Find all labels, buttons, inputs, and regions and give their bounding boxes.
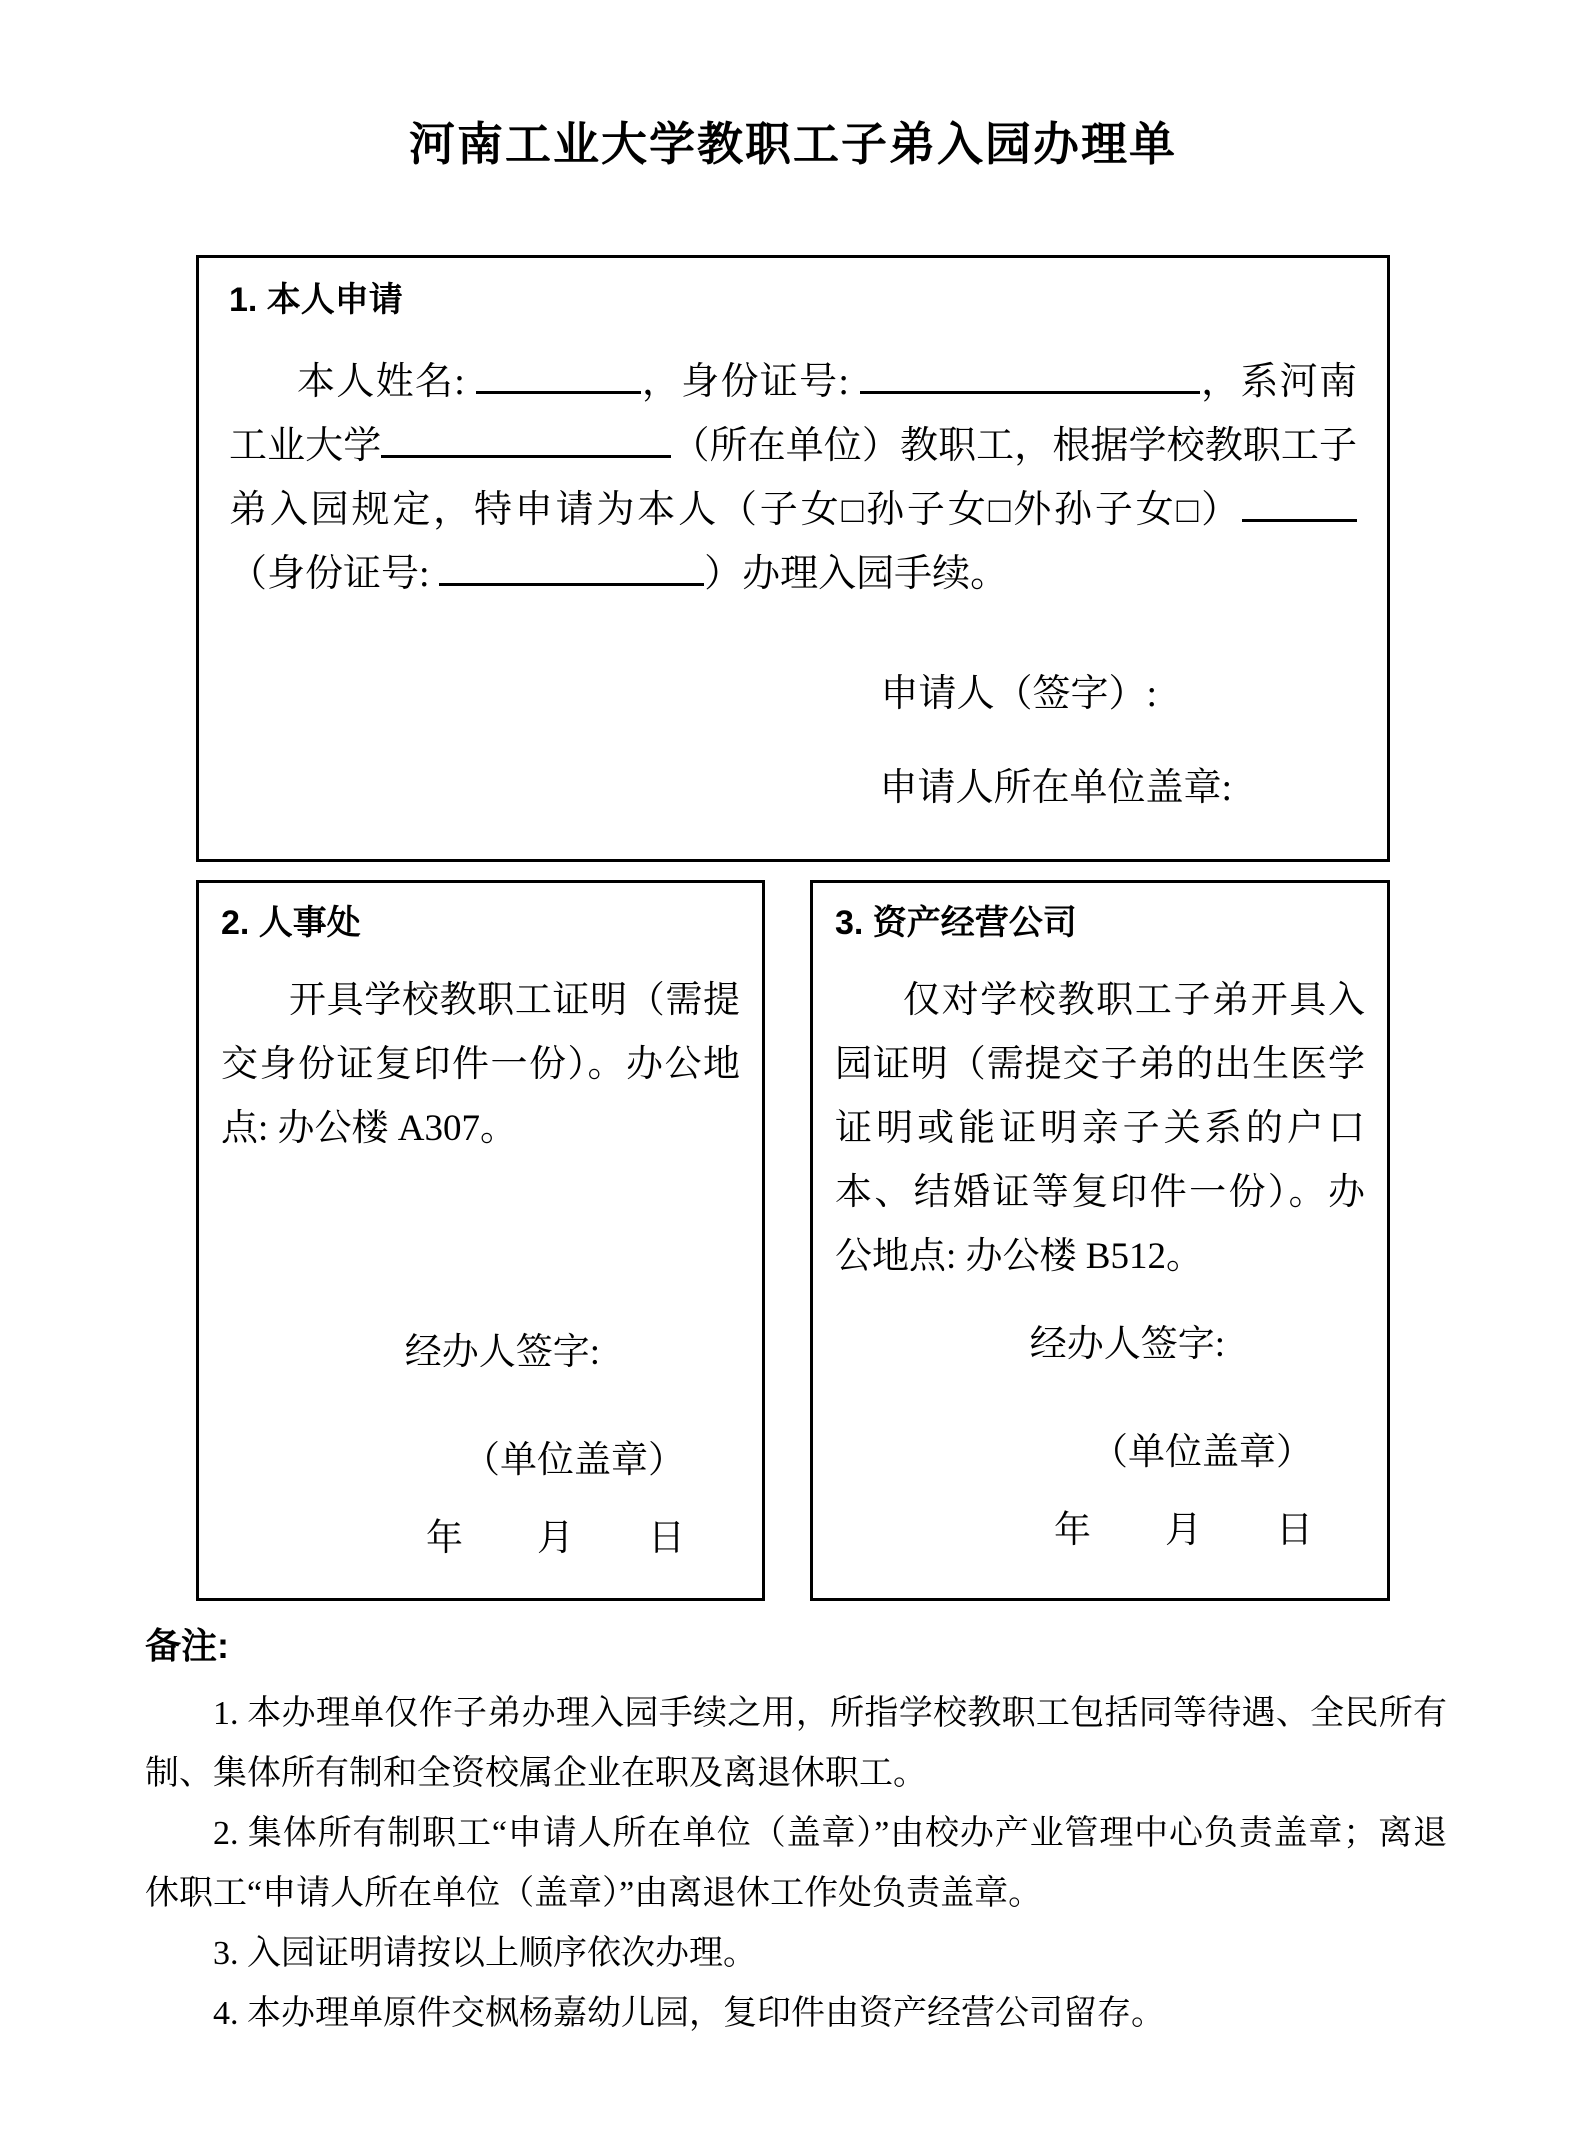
notes-section: 备注: 1. 本办理单仅作子弟办理入园手续之用，所指学校教职工包括同等待遇、全民… [145,1622,1447,2044]
child-id-blank-field[interactable] [439,549,704,586]
section2-heading: 2. 人事处 [221,901,740,945]
close-paren-text: ） [1201,489,1242,531]
section-asset-company: 3. 资产经营公司 仅对学校教职工子弟开具入园证明（需提交子弟的出生医学证明或能… [810,880,1390,1601]
child-name-blank-field[interactable] [1242,485,1357,522]
notes-heading: 备注: [145,1622,1447,1670]
applicant-signature-row: 申请人（签字）: [229,662,1357,726]
form-page: 河南工业大学教职工子弟入园办理单 1. 本人申请 本人姓名: ，身份证号: ，系… [0,0,1586,2155]
applicant-unit-stamp-label: 申请人所在单位盖章: [879,767,1232,809]
handler-signature-label: 经办人签字: [1030,1324,1225,1365]
id-label: ，身份证号: [641,361,860,403]
section-self-application: 1. 本人申请 本人姓名: ，身份证号: ，系河南工业大学（所在单位）教职工，根… [196,255,1390,862]
grandchild-checkbox[interactable]: □ [989,490,1014,530]
tail-text: ）办理入园手续。 [704,553,1008,595]
grandchild-label: 孙子女 [866,489,989,531]
section3-handler-signature-row: 经办人签字: [835,1313,1365,1377]
date-label: 年 月 日 [1054,1510,1313,1551]
name-blank-field[interactable] [476,357,641,394]
work-unit-blank-field[interactable] [381,421,671,458]
unit-stamp-label: （单位盖章） [463,1440,685,1481]
note-item-3: 3. 入园证明请按以上顺序依次办理。 [145,1924,1447,1984]
section3-unit-stamp-row: （单位盖章） [835,1421,1365,1485]
applicant-unit-stamp-row: 申请人所在单位盖章: [229,756,1357,820]
section2-date-row: 年 月 日 [221,1507,740,1571]
section2-handler-signature-row: 经办人签字: [221,1321,740,1385]
section3-heading: 3. 资产经营公司 [835,901,1365,945]
page-title: 河南工业大学教职工子弟入园办理单 [0,108,1586,174]
id-blank-field[interactable] [860,357,1200,394]
section1-heading: 1. 本人申请 [229,278,1357,322]
name-label: 本人姓名: [297,361,476,403]
section3-date-row: 年 月 日 [835,1499,1365,1563]
section1-paragraph: 本人姓名: ，身份证号: ，系河南工业大学（所在单位）教职工，根据学校教职工子弟… [229,350,1357,606]
section3-paragraph: 仅对学校教职工子弟开具入园证明（需提交子弟的出生医学证明或能证明亲子关系的户口本… [835,969,1365,1289]
handler-signature-label: 经办人签字: [405,1332,600,1373]
note-item-1: 1. 本办理单仅作子弟办理入园手续之用，所指学校教职工包括同等待遇、全民所有制、… [145,1684,1447,1804]
external-grandchild-checkbox[interactable]: □ [1177,490,1202,530]
external-grandchild-label: 外孙子女 [1013,489,1176,531]
unit-stamp-label: （单位盖章） [1091,1432,1313,1473]
child-checkbox[interactable]: □ [841,490,866,530]
child-id-label: （身份证号: [229,553,439,595]
note-item-2: 2. 集体所有制职工“申请人所在单位（盖章）”由校办产业管理中心负责盖章；离退休… [145,1804,1447,1924]
applicant-signature-label: 申请人（签字）: [880,673,1157,715]
section-personnel-dept: 2. 人事处 开具学校教职工证明（需提交身份证复印件一份）。办公地点: 办公楼 … [196,880,765,1601]
date-label: 年 月 日 [426,1518,685,1559]
note-item-4: 4. 本办理单原件交枫杨嘉幼儿园，复印件由资产经营公司留存。 [145,1984,1447,2044]
section2-unit-stamp-row: （单位盖章） [221,1429,740,1493]
section2-paragraph: 开具学校教职工证明（需提交身份证复印件一份）。办公地点: 办公楼 A307。 [221,969,740,1161]
